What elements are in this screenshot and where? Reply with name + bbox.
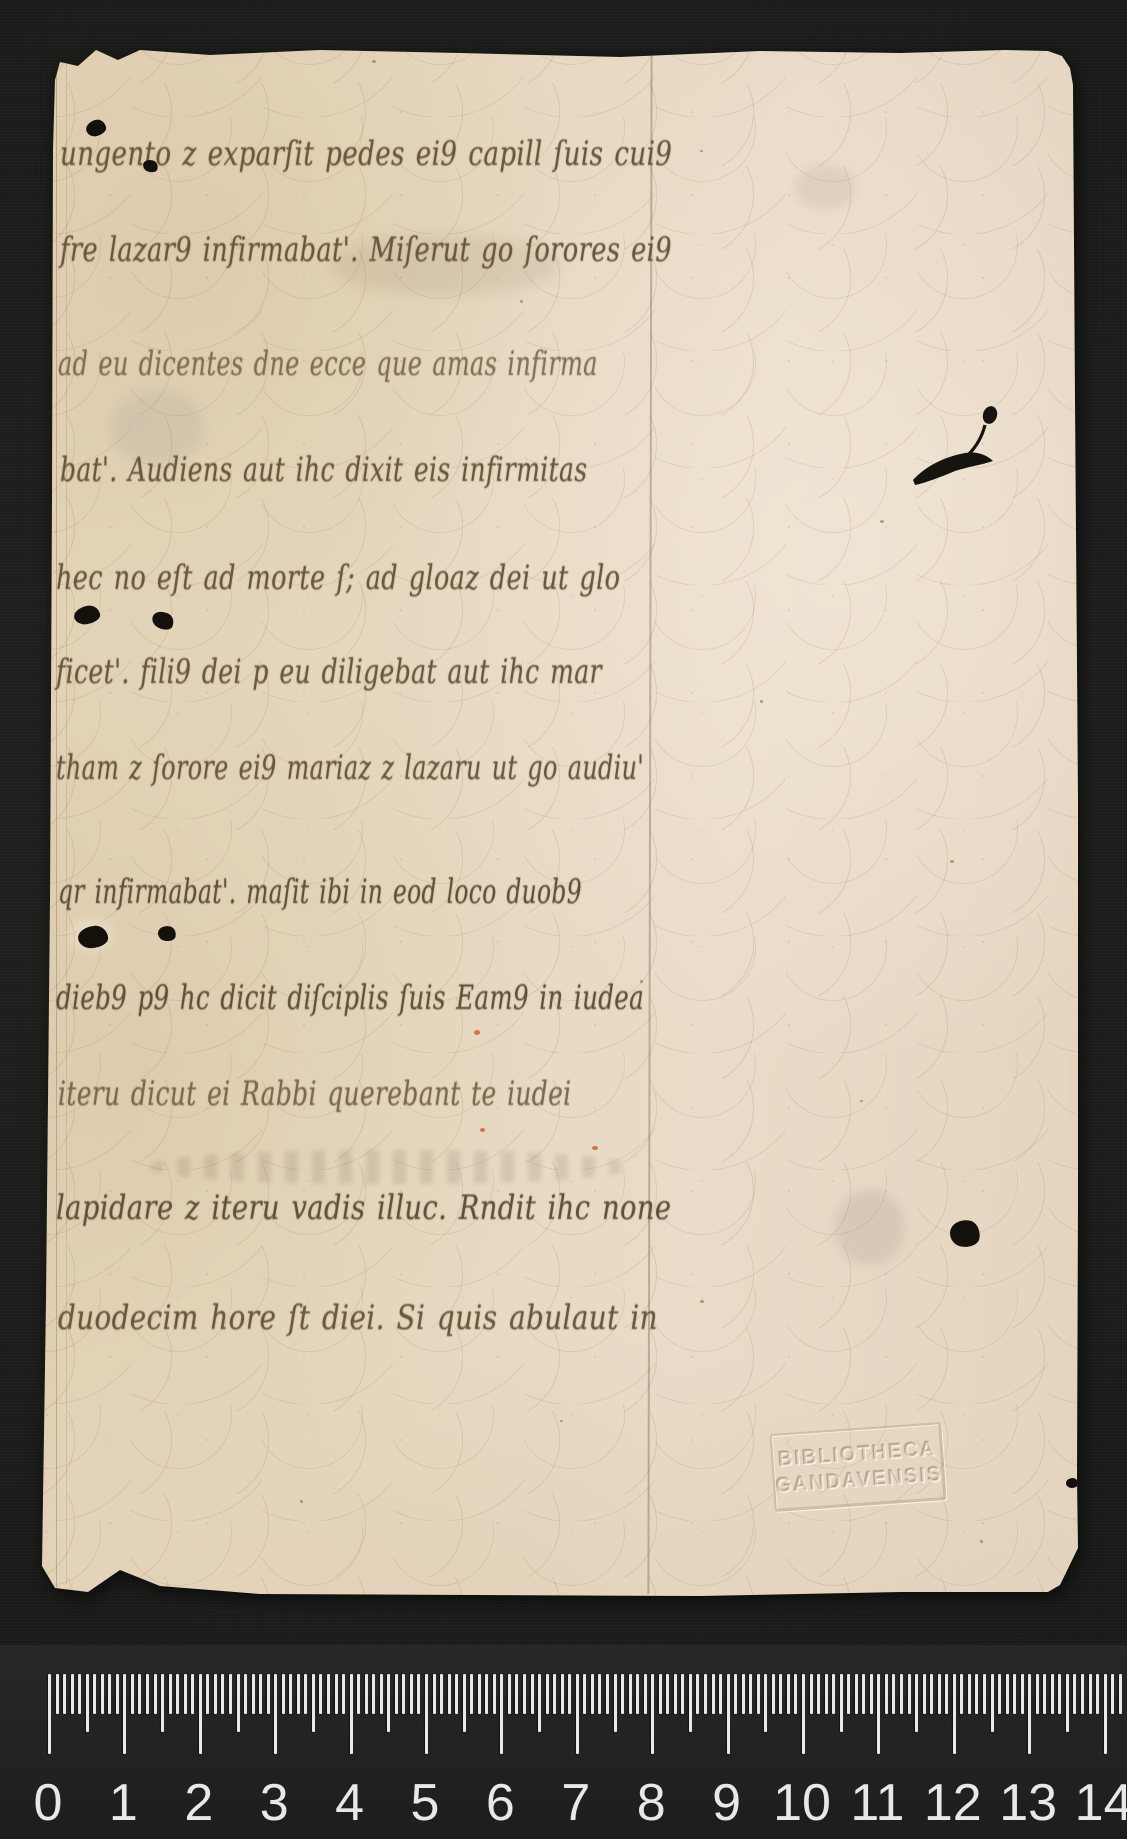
speck	[560, 1420, 563, 1422]
parchment-wrap: ungento z exparſit pedes ei9 capill ſuis…	[0, 0, 1127, 1839]
ruler-tick	[523, 1674, 526, 1714]
ruler-tick	[395, 1674, 398, 1714]
ruler-tick	[1073, 1674, 1076, 1714]
ruler-tick	[138, 1674, 141, 1714]
manuscript-line: qr infirmabat'. maſit ibi in eod loco du…	[58, 870, 582, 914]
ruler-tick	[908, 1674, 911, 1714]
ruler-number: 13	[988, 1772, 1068, 1834]
ruler-tick	[500, 1674, 503, 1754]
ruler-tick	[1028, 1674, 1031, 1754]
ruler-tick	[975, 1674, 978, 1714]
ruler-tick	[131, 1674, 134, 1714]
ruler-tick	[1096, 1674, 1099, 1714]
ruler-tick	[237, 1674, 240, 1732]
ruler-tick	[425, 1674, 428, 1754]
ruler-tick	[319, 1674, 322, 1714]
wormhole-mark	[73, 604, 102, 626]
manuscript-line: lapidare z iteru vadis illuc. Rndit ihc …	[56, 1186, 671, 1230]
ruler-tick	[802, 1674, 805, 1754]
ruler-tick	[101, 1674, 104, 1714]
speck	[520, 300, 523, 303]
ruler-tick	[991, 1674, 994, 1732]
ruler-tick	[221, 1674, 224, 1714]
ruler-tick	[757, 1674, 760, 1714]
ruler-tick	[681, 1674, 684, 1714]
speck	[760, 700, 763, 703]
ruler-tick	[146, 1674, 149, 1714]
ruler-tick	[938, 1674, 941, 1714]
ruler-tick	[983, 1674, 986, 1714]
stain	[835, 1190, 905, 1265]
speck	[880, 520, 884, 523]
ruler-tick	[553, 1674, 556, 1714]
ink-loss-blob	[948, 1218, 981, 1249]
ruler-tick	[689, 1674, 692, 1732]
ruler-tick	[463, 1674, 466, 1732]
ruler-tick	[161, 1674, 164, 1732]
ruler-tick	[945, 1674, 948, 1714]
speck	[700, 150, 703, 152]
ruler-tick	[86, 1674, 89, 1732]
ruler-tick	[719, 1674, 722, 1714]
manuscript-line: iteru dicut ei Rabbi querebant te iudei	[58, 1072, 572, 1116]
ruler-tick	[244, 1674, 247, 1714]
speck	[700, 1300, 704, 1303]
ruler-tick	[71, 1674, 74, 1714]
ruler-tick	[448, 1674, 451, 1714]
ruler-tick	[674, 1674, 677, 1714]
ruler-tick	[93, 1674, 96, 1714]
ruler-tick	[312, 1674, 315, 1732]
ruler-tick	[764, 1674, 767, 1732]
ruler-tick	[576, 1674, 579, 1754]
ruler-tick	[342, 1674, 345, 1714]
ruler-tick	[63, 1674, 66, 1714]
ruler-tick	[953, 1674, 956, 1754]
ruler-tick	[923, 1674, 926, 1714]
ruler-tick	[515, 1674, 518, 1714]
ruler-tick	[810, 1674, 813, 1714]
center-rule-line	[647, 52, 652, 1594]
ruler-tick	[1058, 1674, 1061, 1714]
ruler-tick	[825, 1674, 828, 1714]
ruler-number: 9	[687, 1772, 767, 1834]
ruler-tick	[206, 1674, 209, 1714]
ruler-tick	[787, 1674, 790, 1714]
ruler-tick	[1021, 1674, 1024, 1714]
ruler-tick	[417, 1674, 420, 1714]
ruler-tick	[274, 1674, 277, 1754]
ruler-tick	[259, 1674, 262, 1714]
erased-text-trace	[150, 1150, 630, 1184]
ruler-tick	[478, 1674, 481, 1714]
ruler-tick	[621, 1674, 624, 1714]
ruler-tick	[252, 1674, 255, 1714]
ruler-tick	[508, 1674, 511, 1714]
ruler-tick	[832, 1674, 835, 1714]
ruler-tick	[538, 1674, 541, 1732]
ruler-tick	[840, 1674, 843, 1732]
ruler-tick	[727, 1674, 730, 1754]
manuscript-line: ungento z exparſit pedes ei9 capill ſuis…	[60, 132, 672, 176]
ruler-tick	[531, 1674, 534, 1714]
pigment-speck	[480, 1128, 485, 1132]
ruler-tick	[644, 1674, 647, 1714]
ruler-number: 14	[1064, 1772, 1127, 1834]
stain	[110, 390, 205, 465]
ruler-tick	[870, 1674, 873, 1714]
ruler-tick	[629, 1674, 632, 1714]
ruler-tick	[229, 1674, 232, 1714]
speck	[950, 860, 954, 863]
ruler-tick	[327, 1674, 330, 1714]
ruler-number: 6	[460, 1772, 540, 1834]
ruler-tick	[892, 1674, 895, 1714]
ruler-number: 4	[310, 1772, 390, 1834]
ruler-number: 2	[159, 1772, 239, 1834]
ruler-tick	[1036, 1674, 1039, 1714]
ruler-tick	[1006, 1674, 1009, 1714]
ruler-tick	[546, 1674, 549, 1714]
manuscript-line: fre lazar9 infirmabat'. Miſerut go ſoror…	[60, 228, 672, 272]
ruler-number: 3	[234, 1772, 314, 1834]
ruler-tick	[712, 1674, 715, 1714]
ruler-tick	[48, 1674, 51, 1754]
ruler-tick	[915, 1674, 918, 1732]
ruler-tick	[267, 1674, 270, 1714]
ruler-tick	[568, 1674, 571, 1714]
ruler-tick	[184, 1674, 187, 1714]
wormhole-mark	[149, 608, 176, 633]
ruler-number: 7	[536, 1772, 616, 1834]
ruler-tick	[742, 1674, 745, 1714]
ruler-tick	[1111, 1674, 1114, 1714]
ruler-tick	[666, 1674, 669, 1714]
ruler-tick	[900, 1674, 903, 1714]
wormhole-halo	[64, 912, 120, 958]
parchment-page: ungento z exparſit pedes ei9 capill ſuis…	[0, 0, 1127, 1839]
ruler-tick	[387, 1674, 390, 1732]
ink-blot	[905, 395, 1005, 505]
ruler-tick	[651, 1674, 654, 1754]
stain	[795, 165, 855, 210]
ruler-tick	[1013, 1674, 1016, 1714]
library-blind-stamp: BIBLIOTHECA GANDAVENSIS	[769, 1422, 946, 1512]
ruler-tick	[214, 1674, 217, 1714]
ruler-tick	[659, 1674, 662, 1714]
ruler-tick	[440, 1674, 443, 1714]
ruler-tick	[176, 1674, 179, 1714]
ruler-tick	[191, 1674, 194, 1714]
ruler-tick	[304, 1674, 307, 1714]
wormhole-mark	[157, 925, 177, 943]
speck	[980, 1540, 983, 1543]
ruler-tick	[930, 1674, 933, 1714]
manuscript-line: bat'. Audiens aut ihc dixit eis infirmit…	[60, 448, 587, 492]
ruler-tick	[485, 1674, 488, 1714]
ruler-tick	[862, 1674, 865, 1714]
ruler-tick	[1066, 1674, 1069, 1732]
ruler-tick	[591, 1674, 594, 1714]
stamp-line-1: BIBLIOTHECA	[777, 1436, 937, 1472]
ruler-tick	[78, 1674, 81, 1714]
manuscript-line: ficet'. fili9 dei p eu diligebat aut ihc…	[56, 650, 602, 694]
ruler-tick	[372, 1674, 375, 1714]
ruler-number: 10	[762, 1772, 842, 1834]
wormhole-mark	[77, 925, 109, 950]
manuscript-line: dieb9 p9 hc dicit diſciplis ſuis Eam9 in…	[56, 976, 644, 1020]
manuscript-line: tham z ſorore ei9 mariaz z lazaru ut go …	[56, 746, 644, 790]
ruler-tick	[877, 1674, 880, 1754]
pigment-speck	[592, 1146, 598, 1150]
stain	[330, 235, 560, 295]
ruler-number: 8	[611, 1772, 691, 1834]
ruler-tick	[749, 1674, 752, 1714]
ruler-tick	[1104, 1674, 1107, 1754]
ruler-tick	[455, 1674, 458, 1714]
edge-nick	[1066, 1478, 1078, 1488]
ruler-strip: 01234567891011121314	[0, 1645, 1127, 1839]
ruler-tick	[365, 1674, 368, 1714]
ruler-tick	[433, 1674, 436, 1714]
ruler-tick	[169, 1674, 172, 1714]
ruler-tick	[56, 1674, 59, 1714]
ruler-tick	[606, 1674, 609, 1714]
ruler-tick	[402, 1674, 405, 1714]
margin-rule-line-2	[66, 64, 67, 1584]
ruler-tick	[470, 1674, 473, 1714]
ruler-tick	[772, 1674, 775, 1714]
ruler-tick	[297, 1674, 300, 1714]
ruler-tick	[847, 1674, 850, 1714]
ruler-tick	[614, 1674, 617, 1732]
ruler-tick	[968, 1674, 971, 1714]
ruler-tick	[1051, 1674, 1054, 1714]
speck	[300, 1500, 303, 1503]
ruler-tick	[493, 1674, 496, 1714]
ruler-tick	[123, 1674, 126, 1754]
ruler-tick	[1081, 1674, 1084, 1714]
ruler-number: 11	[837, 1772, 917, 1834]
margin-rule-line	[56, 60, 57, 1590]
stamp-line-2: GANDAVENSIS	[775, 1462, 944, 1499]
ruler-tick	[704, 1674, 707, 1714]
ruler-tick	[154, 1674, 157, 1714]
ruler-tick	[289, 1674, 292, 1714]
ruler-tick	[1089, 1674, 1092, 1714]
ruler-number: 5	[385, 1772, 465, 1834]
ruler-tick	[561, 1674, 564, 1714]
ruler-tick	[855, 1674, 858, 1714]
ruler-tick	[817, 1674, 820, 1714]
ruler-number: 0	[8, 1772, 88, 1834]
wormhole-mark	[141, 158, 159, 174]
ruler-tick	[108, 1674, 111, 1714]
ruler-number: 12	[913, 1772, 993, 1834]
ruler-tick	[998, 1674, 1001, 1714]
manuscript-line: hec no eſt ad morte ſ; ad gloaz dei ut g…	[56, 556, 620, 600]
ruler-tick	[116, 1674, 119, 1714]
ruler-tick	[696, 1674, 699, 1714]
ruler-tick	[380, 1674, 383, 1714]
digitized-manuscript-photo: ungento z exparſit pedes ei9 capill ſuis…	[0, 0, 1127, 1839]
ruler-tick	[960, 1674, 963, 1714]
ruler-tick	[410, 1674, 413, 1714]
speck	[372, 60, 376, 63]
ruler-number: 1	[83, 1772, 163, 1834]
speck	[640, 980, 643, 983]
ruler-tick	[583, 1674, 586, 1714]
manuscript-line: ad eu dicentes dne ecce que amas infirma	[58, 342, 598, 386]
ruler-tick	[335, 1674, 338, 1714]
ruler-tick	[636, 1674, 639, 1714]
ruler-tick	[598, 1674, 601, 1714]
ruler-tick	[357, 1674, 360, 1714]
wormhole-mark	[84, 118, 107, 139]
ruler-tick	[1119, 1674, 1122, 1714]
ruler-tick	[282, 1674, 285, 1714]
ruler-tick	[1043, 1674, 1046, 1714]
pigment-speck	[474, 1030, 480, 1035]
manuscript-line: duodecim hore ſt diei. Si quis abulaut i…	[58, 1296, 658, 1340]
ruler-tick	[885, 1674, 888, 1714]
ruler-tick	[779, 1674, 782, 1714]
ruler-tick	[350, 1674, 353, 1754]
ruler-tick	[199, 1674, 202, 1754]
speck	[860, 1100, 863, 1102]
ruler-tick	[734, 1674, 737, 1714]
ruler-tick	[794, 1674, 797, 1714]
